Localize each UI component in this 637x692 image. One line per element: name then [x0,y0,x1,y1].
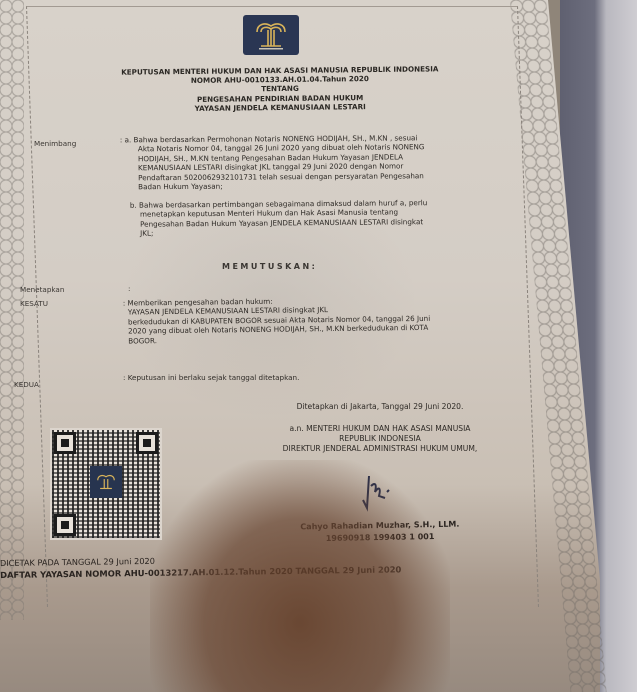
signatory-title-1: a.n. MENTERI HUKUM DAN HAK ASASI MANUSIA [230,424,530,434]
qr-finder-pattern [136,432,158,454]
menetapkan-label: Menetapkan [20,285,64,294]
menimbang-label: Menimbang [34,139,76,148]
decorative-border-left [0,0,24,620]
menetapkan-colon: : [128,284,130,293]
qr-emblem-icon [90,466,122,498]
kedua-label: KEDUA [14,380,39,389]
signatory-title-2: REPUBLIK INDONESIA [230,434,530,444]
menimbang-item-a: : a. Bahwa berdasarkan Permohonan Notari… [120,133,520,192]
document-header: KEPUTUSAN MENTERI HUKUM DAN HAK ASASI MA… [80,64,480,114]
item-marker: b. [130,201,137,210]
document-paper: KEPUTUSAN MENTERI HUKUM DAN HAK ASASI MA… [0,0,600,692]
signatory-title-3: DIREKTUR JENDERAL ADMINISTRASI HUKUM UMU… [230,444,530,454]
hand-shadow [150,460,450,692]
item-marker: : a. [120,135,131,144]
kesatu-label: KESATU [20,299,48,308]
kesatu-text: : Memberikan pengesahan badan hukum: YAY… [123,293,544,345]
qr-finder-pattern [54,432,76,454]
menimbang-item-b: b. Bahwa berdasarkan pertimbangan sebaga… [130,197,530,238]
kedua-text: : Keputusan ini berlaku sejak tanggal di… [123,373,299,382]
qr-finder-pattern [54,514,76,536]
memutuskan-heading: MEMUTUSKAN: [222,262,317,271]
ministry-emblem-icon [243,15,299,55]
place-date: Ditetapkan di Jakarta, Tanggal 29 Juni 2… [230,402,530,412]
qr-code-icon [50,428,162,540]
signature-block: Ditetapkan di Jakarta, Tanggal 29 Juni 2… [230,402,530,454]
